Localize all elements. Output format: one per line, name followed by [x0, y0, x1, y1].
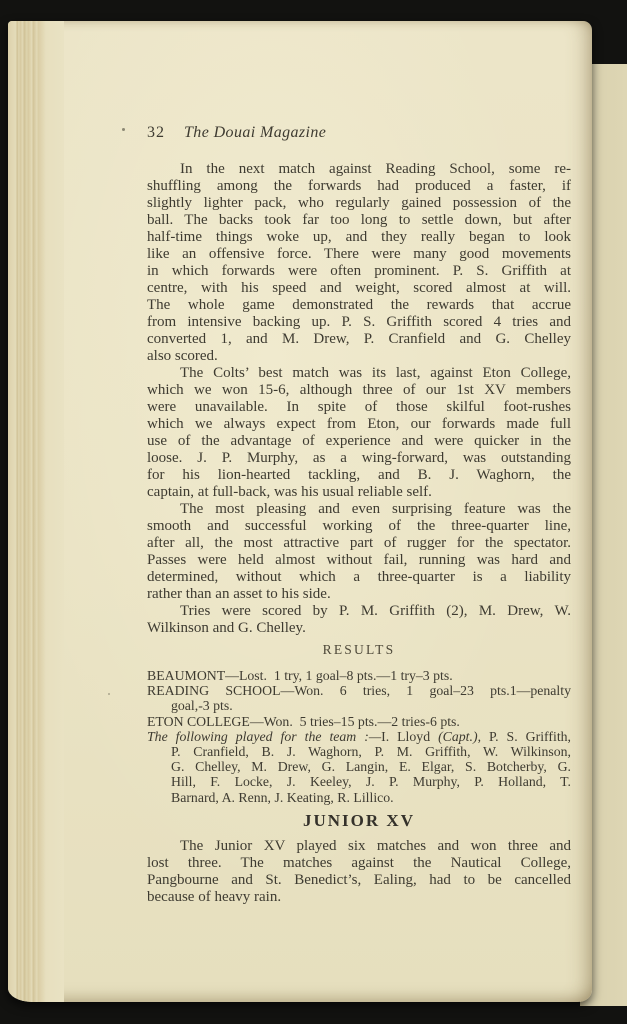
text-line: The most pleasing and even surprising fe…: [147, 501, 571, 518]
text-line: slightly lighter pack, who regularly gai…: [147, 195, 571, 212]
results-heading: RESULTS: [147, 642, 571, 658]
plain-text: I. Lloyd: [381, 729, 438, 744]
ink-speck: [108, 693, 110, 695]
text-line: which we always expect from Eton, our fo…: [147, 416, 571, 433]
results-line: The following played for the team :—I. L…: [147, 729, 571, 744]
text-line: Wilkinson and G. Chelley.: [147, 620, 571, 637]
text-line: In the next match against Reading School…: [147, 161, 571, 178]
results-entry: BEAUMONT—Lost. 1 try, 1 goal–8 pts.—1 tr…: [147, 668, 571, 683]
plain-text: goal,-3 pts.: [171, 698, 233, 713]
text-line: centre, with his speed and weight, score…: [147, 280, 571, 297]
results-entry: ETON COLLEGE—Won. 5 tries–15 pts.—2 trie…: [147, 714, 571, 729]
text-line: were unavailable. In spite of those skil…: [147, 399, 571, 416]
results-entry: The following played for the team :—I. L…: [147, 729, 571, 805]
text-line: loose. J. P. Murphy, as a wing-forward, …: [147, 450, 571, 467]
italic-text: (Capt.): [438, 729, 477, 744]
text-line: in which forwards were often prominent. …: [147, 263, 571, 280]
plain-text: Barnard, A. Renn, J. Keating, R. Lillico…: [171, 790, 394, 805]
results-line: goal,-3 pts.: [147, 698, 571, 713]
plain-text: READING SCHOOL—Won. 6 tries, 1 goal–23 p…: [147, 683, 571, 698]
text-line: from intensive backing up. P. S. Griffit…: [147, 314, 571, 331]
results-line: G. Chelley, M. Drew, G. Langin, E. Elgar…: [147, 759, 571, 774]
text-line: captain, at full-back, was his usual rel…: [147, 484, 571, 501]
text-line: determined, without which a three-quarte…: [147, 569, 571, 586]
text-line: converted 1, and M. Drew, P. Cranfield a…: [147, 331, 571, 348]
text-line: use of the advantage of experience and w…: [147, 433, 571, 450]
results-line: Hill, F. Locke, J. Keeley, J. P. Murphy,…: [147, 774, 571, 789]
plain-text: Hill, F. Locke, J. Keeley, J. P. Murphy,…: [171, 774, 571, 789]
text-line: which we won 15-6, although three of our…: [147, 382, 571, 399]
text-line: Passes were held almost without fail, ru…: [147, 552, 571, 569]
text-line: The whole game demonstrated the rewards …: [147, 297, 571, 314]
plain-text: , P. S. Griffith,: [478, 729, 571, 744]
italic-text: The following played for the team :—: [147, 729, 381, 744]
results-line: P. Cranfield, B. J. Waghorn, P. M. Griff…: [147, 744, 571, 759]
paragraph: The Colts’ best match was its last, agai…: [147, 365, 571, 501]
text-line: lost three. The matches against the Naut…: [147, 855, 571, 872]
text-line: ball. The backs took far too long to set…: [147, 212, 571, 229]
paragraph: The most pleasing and even surprising fe…: [147, 501, 571, 603]
text-line: rather than an asset to his side.: [147, 586, 571, 603]
ink-speck: [122, 128, 125, 131]
magazine-title: The Douai Magazine: [184, 124, 326, 141]
plain-text: G. Chelley, M. Drew, G. Langin, E. Elgar…: [171, 759, 571, 774]
text-line: like an offensive force. There were many…: [147, 246, 571, 263]
page-gutter-edges: [8, 21, 64, 1002]
text-line: shuffling among the forwards had produce…: [147, 178, 571, 195]
junior-xv-heading: JUNIOR XV: [147, 811, 571, 831]
page-header: 32 The Douai Magazine: [147, 122, 571, 143]
plain-text: ETON COLLEGE—Won. 5 tries–15 pts.—2 trie…: [147, 714, 460, 729]
text-line: Tries were scored by P. M. Griffith (2),…: [147, 603, 571, 620]
text-line: also scored.: [147, 348, 571, 365]
junior-paragraph: The Junior XV played six matches and won…: [147, 838, 571, 906]
text-line: for his lion-hearted tackling, and B. J.…: [147, 467, 571, 484]
results-line: ETON COLLEGE—Won. 5 tries–15 pts.—2 trie…: [147, 714, 571, 729]
text-line: half-time things woke up, and they reall…: [147, 229, 571, 246]
text-line: The Junior XV played six matches and won…: [147, 838, 571, 855]
paragraph: Tries were scored by P. M. Griffith (2),…: [147, 603, 571, 637]
magazine-page: 32 The Douai Magazine In the next match …: [8, 21, 592, 1002]
results-line: READING SCHOOL—Won. 6 tries, 1 goal–23 p…: [147, 683, 571, 698]
plain-text: P. Cranfield, B. J. Waghorn, P. M. Griff…: [171, 744, 571, 759]
body-text: In the next match against Reading School…: [147, 161, 571, 637]
results-line: BEAUMONT—Lost. 1 try, 1 goal–8 pts.—1 tr…: [147, 668, 571, 683]
text-line: after all, the most attractive part of r…: [147, 535, 571, 552]
results-list: BEAUMONT—Lost. 1 try, 1 goal–8 pts.—1 tr…: [147, 668, 571, 805]
text-line: The Colts’ best match was its last, agai…: [147, 365, 571, 382]
page-content: 32 The Douai Magazine In the next match …: [147, 21, 571, 906]
page-number: 32: [147, 124, 165, 141]
plain-text: BEAUMONT—Lost. 1 try, 1 goal–8 pts.—1 tr…: [147, 668, 453, 683]
scan-background: { "header": { "page_number": "32", "maga…: [0, 0, 627, 1024]
text-line: Pangbourne and St. Benedict’s, Ealing, h…: [147, 872, 571, 889]
paragraph: In the next match against Reading School…: [147, 161, 571, 365]
results-entry: READING SCHOOL—Won. 6 tries, 1 goal–23 p…: [147, 683, 571, 713]
text-line: because of heavy rain.: [147, 889, 571, 906]
text-line: smooth and successful working of the thr…: [147, 518, 571, 535]
results-line: Barnard, A. Renn, J. Keating, R. Lillico…: [147, 790, 571, 805]
